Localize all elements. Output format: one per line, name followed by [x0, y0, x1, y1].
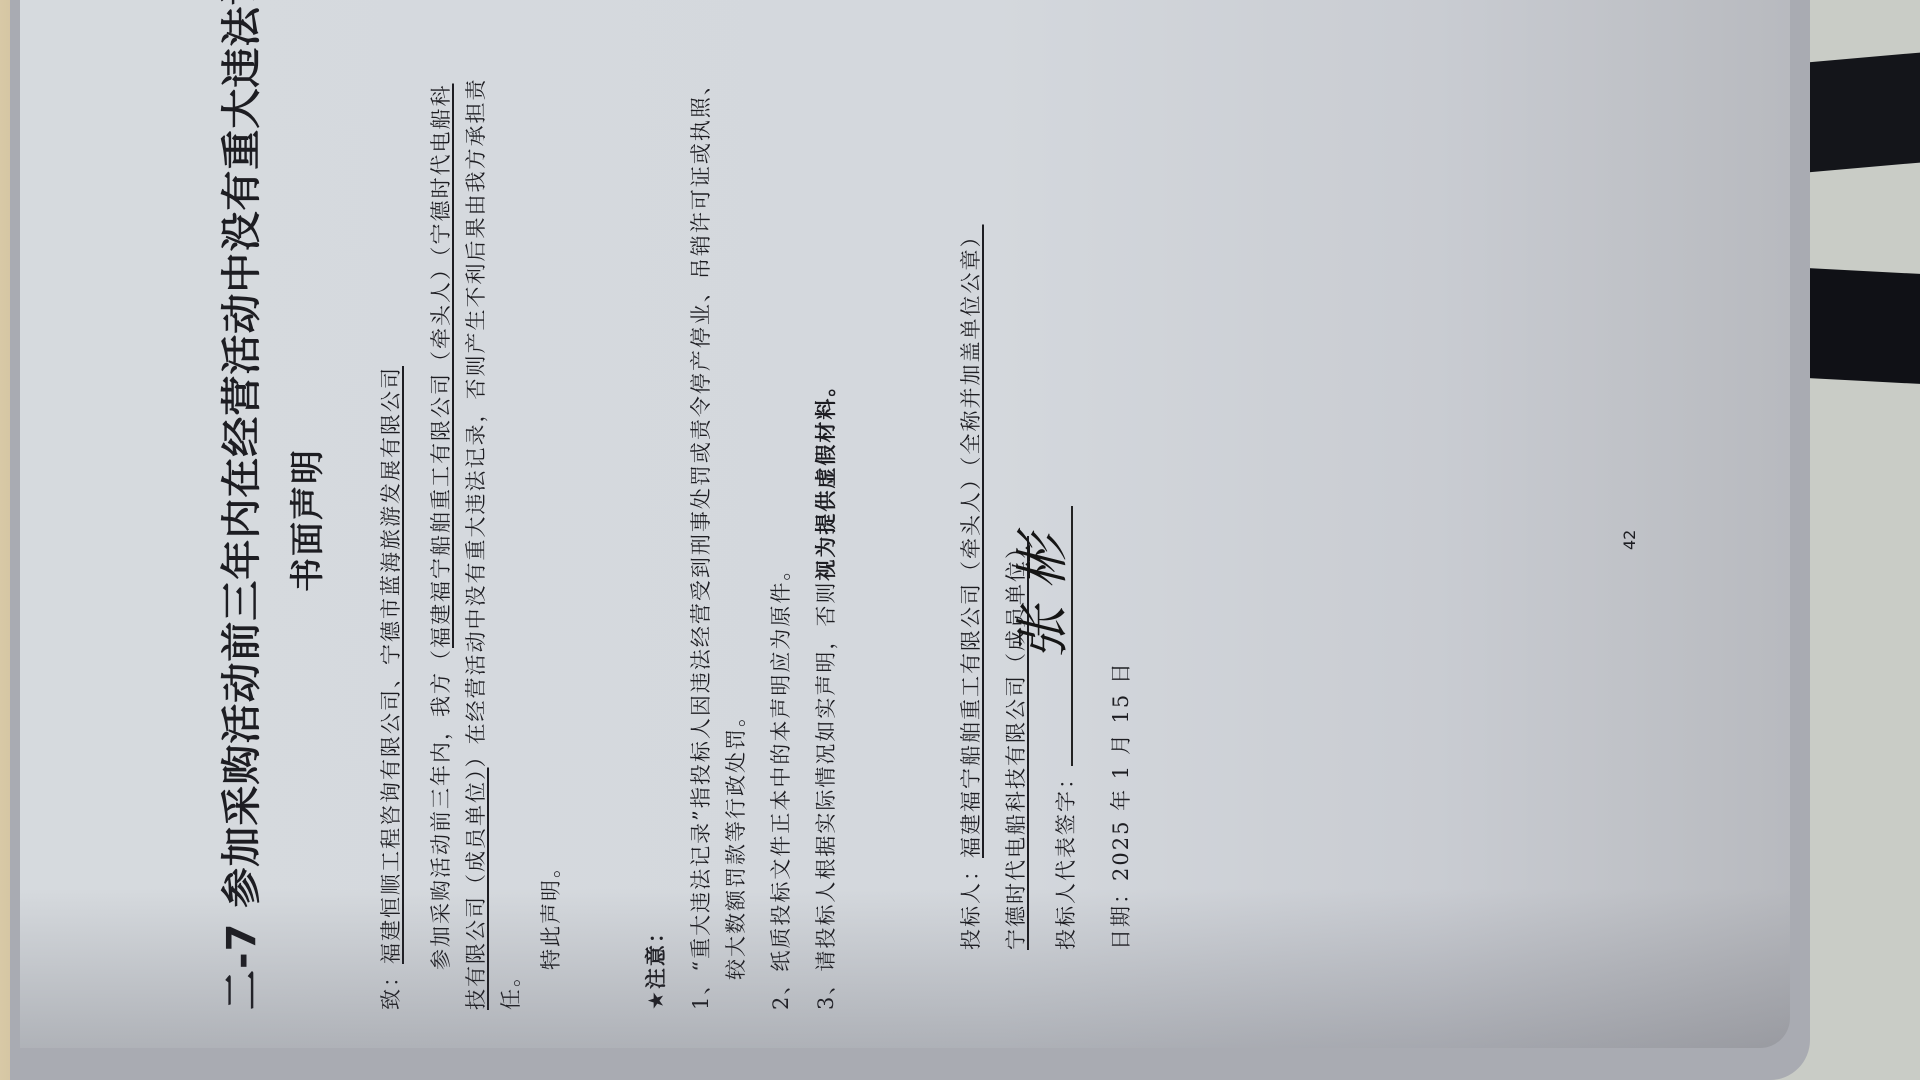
- note-3-text: 3、请投标人根据实际情况如实声明，否则: [814, 581, 838, 1010]
- rotated-content: 二-7 参加采购活动前三年内在经营活动中没有重大违法记录 书面声明 致：福建恒顺…: [210, 20, 1710, 1020]
- body-line-2: 技有限公司（成员单位））在经营活动中没有重大违法记录，否则产生不利后果由我方承担…: [460, 78, 490, 1011]
- page-number: 42: [1620, 530, 1639, 550]
- note-1-cont: 较大数额罚款等行政处罚。: [720, 704, 750, 980]
- note-2: 2、纸质投标文件正本中的本声明应为原件。: [765, 558, 795, 1010]
- body-text: 参加采购活动前三年内，我方（: [429, 648, 453, 970]
- note-1: 1、“重大违法记录”指投标人因违法经营受到刑事处罚或责令停产停业、吊销许可证或执…: [685, 72, 715, 1010]
- representative-label: 投标人代表签字：: [1054, 766, 1078, 950]
- document-page: 二-7 参加采购活动前三年内在经营活动中没有重大违法记录 书面声明 致：福建恒顺…: [20, 0, 1790, 1048]
- notes-heading: ★注意：: [640, 920, 670, 1010]
- date-label: 日期：: [1109, 881, 1133, 950]
- bidder-label: 投标人：: [959, 858, 983, 950]
- section-title: 二-7 参加采购活动前三年内在经营活动中没有重大违法记录: [210, 10, 267, 1010]
- addressee-label: 致：: [379, 964, 403, 1010]
- declaration-subtitle: 书面声明: [280, 20, 329, 1020]
- lead-company: 福建福宁船舶重工有限公司（牵头人）（宁德时代电船科: [429, 84, 453, 649]
- date-value: 2025 年 1 月 15 日: [1109, 661, 1133, 881]
- note-3-bold: 视为提供虚假材料。: [814, 374, 838, 581]
- closing-text: 特此声明。: [535, 855, 565, 970]
- body-line-3: 任。: [495, 964, 525, 1010]
- bidder-line: 投标人：福建福宁船舶重工有限公司（牵头人）（全称并加盖单位公章）: [955, 225, 985, 951]
- handwritten-signature: 张 彬: [1000, 535, 1077, 660]
- addressee-line: 致：福建恒顺工程咨询有限公司、宁德市蓝海旅游发展有限公司: [375, 366, 405, 1010]
- addressee: 福建恒顺工程咨询有限公司、宁德市蓝海旅游发展有限公司: [379, 366, 403, 964]
- body-line-1: 参加采购活动前三年内，我方（福建福宁船舶重工有限公司（牵头人）（宁德时代电船科: [425, 84, 455, 971]
- member-company: 技有限公司（成员单位）: [464, 768, 488, 1011]
- date-line: 日期：2025 年 1 月 15 日: [1105, 661, 1135, 950]
- bidder-name: 福建福宁船舶重工有限公司（牵头人）（全称并加盖单位公章）: [959, 225, 983, 859]
- note-3: 3、请投标人根据实际情况如实声明，否则视为提供虚假材料。: [810, 374, 840, 1010]
- body-text: ）在经营活动中没有重大违法记录，否则产生不利后果由我方承担责: [464, 78, 488, 768]
